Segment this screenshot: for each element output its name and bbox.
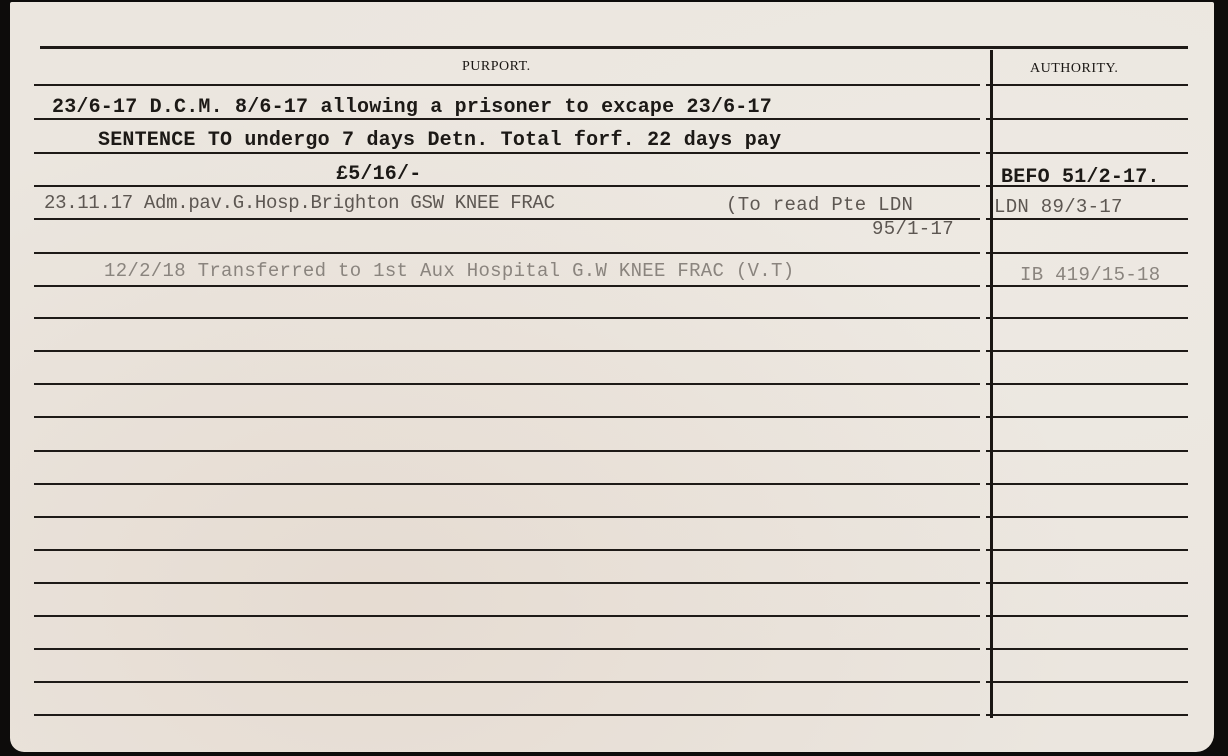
ruled-line <box>34 582 980 584</box>
ruled-line <box>986 582 1188 584</box>
ruled-line <box>986 714 1188 716</box>
ruled-line <box>986 681 1188 683</box>
ruled-line <box>986 383 1188 385</box>
purport-entry-4-note: (To read Pte LDN <box>726 194 913 216</box>
ruled-line <box>34 185 980 187</box>
ruled-line <box>34 383 980 385</box>
ruled-line <box>34 483 980 485</box>
ruled-line <box>986 615 1188 617</box>
purport-entry-4: 23.11.17 Adm.pav.G.Hosp.Brighton GSW KNE… <box>44 192 555 214</box>
ruled-line <box>34 350 980 352</box>
ruled-line <box>34 317 980 319</box>
ruled-line <box>34 516 980 518</box>
authority-entry-3: BEFO 51/2-17. <box>1001 166 1160 189</box>
column-divider <box>990 50 993 718</box>
service-record-card: PURPORT. AUTHORITY. 23/6-17 D.C.M. 8/6-1… <box>10 2 1214 752</box>
ruled-line <box>34 615 980 617</box>
purport-entry-5: 95/1-17 <box>872 218 954 240</box>
ruled-line <box>34 648 980 650</box>
ruled-line <box>34 218 980 220</box>
ruled-line <box>34 450 980 452</box>
ruled-line <box>986 450 1188 452</box>
ruled-line <box>986 416 1188 418</box>
ruled-line <box>34 549 980 551</box>
authority-entry-4: LDN 89/3-17 <box>994 196 1123 218</box>
ruled-line <box>34 285 980 287</box>
ruled-line <box>34 152 980 154</box>
ruled-line <box>34 416 980 418</box>
purport-entry-2: SENTENCE TO undergo 7 days Detn. Total f… <box>98 129 781 152</box>
ruled-line <box>34 84 980 86</box>
purport-entry-3: £5/16/- <box>336 163 421 186</box>
ruled-line <box>986 317 1188 319</box>
ruled-line <box>986 350 1188 352</box>
ruled-line <box>986 118 1188 120</box>
ruled-line <box>986 549 1188 551</box>
ruled-line <box>34 714 980 716</box>
authority-column-header: AUTHORITY. <box>1030 61 1118 77</box>
ruled-line <box>986 516 1188 518</box>
ruled-line <box>40 46 1188 49</box>
ruled-line <box>986 648 1188 650</box>
authority-entry-6: IB 419/15-18 <box>1020 264 1160 286</box>
ruled-line <box>34 252 980 254</box>
ruled-line <box>986 252 1188 254</box>
ruled-line <box>986 483 1188 485</box>
ruled-line <box>986 84 1188 86</box>
purport-entry-1: 23/6-17 D.C.M. 8/6-17 allowing a prisone… <box>52 96 772 119</box>
ruled-line <box>34 681 980 683</box>
ruled-line <box>986 152 1188 154</box>
purport-entry-6: 12/2/18 Transferred to 1st Aux Hospital … <box>104 260 794 282</box>
purport-column-header: PURPORT. <box>462 59 531 75</box>
ruled-line <box>986 218 1188 220</box>
